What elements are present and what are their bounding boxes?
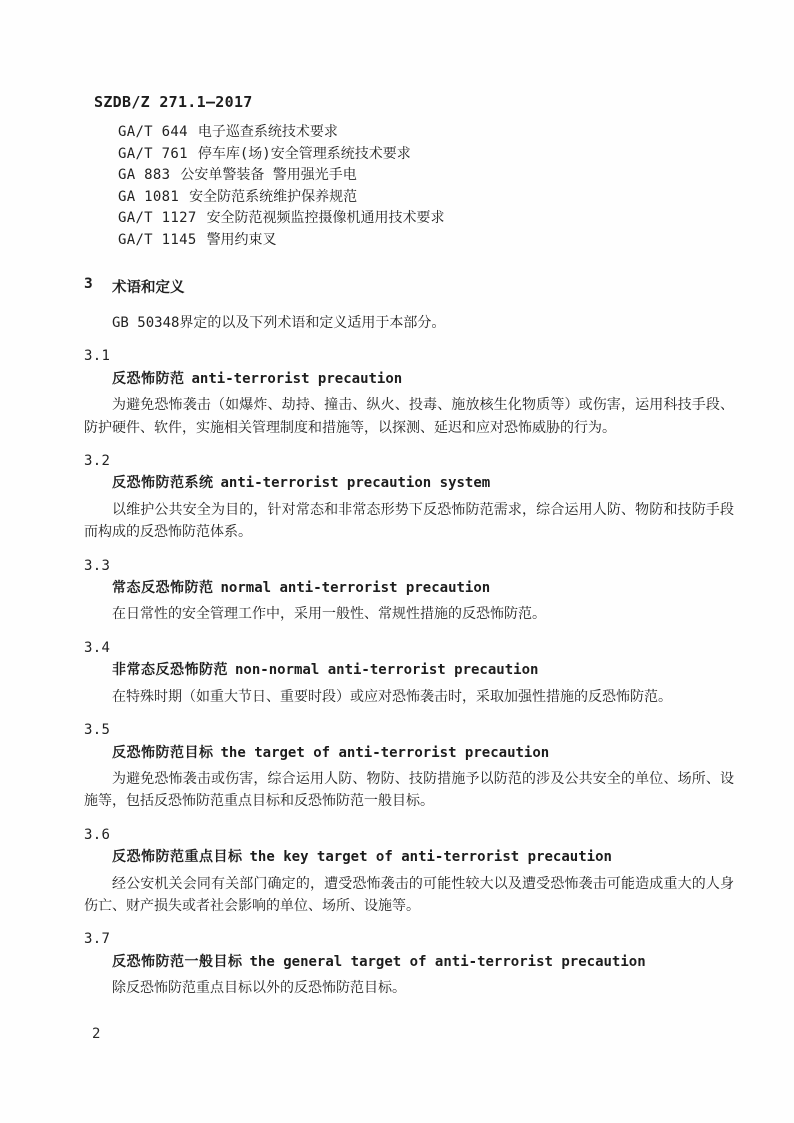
reference-code: GA/T 1145	[118, 232, 197, 248]
term-title: 反恐怖防范anti-terrorist precaution	[112, 368, 734, 390]
term-en: the key target of anti-terrorist precaut…	[250, 849, 612, 865]
term-entry: 3.3 常态反恐怖防范normal anti-terrorist precaut…	[84, 555, 734, 626]
section-intro: GB 50348界定的以及下列术语和定义适用于本部分。	[84, 312, 734, 334]
term-title: 反恐怖防范重点目标the key target of anti-terroris…	[112, 846, 734, 868]
reference-code: GA/T 644	[118, 124, 188, 140]
term-number: 3.4	[84, 637, 734, 659]
term-en: anti-terrorist precaution system	[221, 475, 491, 491]
term-number: 3.3	[84, 555, 734, 577]
term-en: anti-terrorist precaution	[192, 371, 403, 387]
section-number: 3	[84, 276, 112, 297]
term-zh: 反恐怖防范重点目标	[112, 849, 243, 865]
term-zh: 反恐怖防范一般目标	[112, 954, 243, 970]
term-zh: 常态反恐怖防范	[112, 580, 214, 596]
reference-item: GA 883公安单警装备 警用强光手电	[118, 165, 734, 187]
reference-item: GA/T 644电子巡查系统技术要求	[118, 122, 734, 144]
term-title: 反恐怖防范目标the target of anti-terrorist prec…	[112, 742, 734, 764]
term-definition: 为避免恐怖袭击（如爆炸、劫持、撞击、纵火、投毒、施放核生化物质等）或伤害，运用科…	[84, 394, 734, 439]
page-content: SZDB/Z 271.1—2017 GA/T 644电子巡查系统技术要求 GA/…	[84, 0, 734, 1000]
reference-title: 安全防范系统维护保养规范	[189, 189, 357, 205]
reference-item: GA/T 1145警用约束叉	[118, 230, 734, 252]
term-title: 非常态反恐怖防范non-normal anti-terrorist precau…	[112, 659, 734, 681]
document-page: SZDB/Z 271.1—2017 GA/T 644电子巡查系统技术要求 GA/…	[0, 0, 794, 1123]
term-zh: 反恐怖防范目标	[112, 745, 214, 761]
reference-title: 电子巡查系统技术要求	[198, 124, 338, 140]
reference-item: GA/T 1127安全防范视频监控摄像机通用技术要求	[118, 208, 734, 230]
term-entry: 3.6 反恐怖防范重点目标the key target of anti-terr…	[84, 824, 734, 918]
document-header: SZDB/Z 271.1—2017	[94, 93, 734, 111]
reference-code: GA 1081	[118, 189, 179, 205]
term-zh: 反恐怖防范系统	[112, 475, 214, 491]
reference-code: GA/T 761	[118, 146, 188, 162]
normative-references-list: GA/T 644电子巡查系统技术要求 GA/T 761停车库(场)安全管理系统技…	[118, 122, 734, 251]
term-title: 常态反恐怖防范normal anti-terrorist precaution	[112, 577, 734, 599]
term-definition: 在特殊时期（如重大节日、重要时段）或应对恐怖袭击时，采取加强性措施的反恐怖防范。	[84, 686, 734, 708]
term-number: 3.1	[84, 345, 734, 367]
term-en: the general target of anti-terrorist pre…	[250, 954, 646, 970]
reference-code: GA 883	[118, 167, 170, 183]
reference-title: 公安单警装备 警用强光手电	[180, 167, 356, 183]
reference-title: 安全防范视频监控摄像机通用技术要求	[207, 210, 445, 226]
reference-item: GA 1081安全防范系统维护保养规范	[118, 187, 734, 209]
term-definition: 除反恐怖防范重点目标以外的反恐怖防范目标。	[84, 977, 734, 999]
page-number: 2	[92, 1026, 100, 1042]
reference-item: GA/T 761停车库(场)安全管理系统技术要求	[118, 144, 734, 166]
term-number: 3.6	[84, 824, 734, 846]
term-definition: 为避免恐怖袭击或伤害，综合运用人防、物防、技防措施予以防范的涉及公共安全的单位、…	[84, 768, 734, 813]
term-entry: 3.1 反恐怖防范anti-terrorist precaution 为避免恐怖…	[84, 345, 734, 439]
reference-code: GA/T 1127	[118, 210, 197, 226]
term-number: 3.5	[84, 719, 734, 741]
term-entry: 3.5 反恐怖防范目标the target of anti-terrorist …	[84, 719, 734, 813]
term-definition: 经公安机关会同有关部门确定的，遭受恐怖袭击的可能性较大以及遭受恐怖袭击可能造成重…	[84, 873, 734, 918]
section-title: 术语和定义	[112, 276, 185, 297]
term-en: non-normal anti-terrorist precaution	[235, 662, 538, 678]
term-en: the target of anti-terrorist precaution	[221, 745, 550, 761]
term-entry: 3.2 反恐怖防范系统anti-terrorist precaution sys…	[84, 450, 734, 544]
term-zh: 反恐怖防范	[112, 371, 185, 387]
reference-title: 停车库(场)安全管理系统技术要求	[198, 146, 411, 162]
term-en: normal anti-terrorist precaution	[221, 580, 491, 596]
term-number: 3.7	[84, 928, 734, 950]
term-entry: 3.7 反恐怖防范一般目标the general target of anti-…	[84, 928, 734, 999]
term-entry: 3.4 非常态反恐怖防范non-normal anti-terrorist pr…	[84, 637, 734, 708]
section-heading: 3 术语和定义	[84, 276, 734, 297]
term-number: 3.2	[84, 450, 734, 472]
term-title: 反恐怖防范系统anti-terrorist precaution system	[112, 472, 734, 494]
reference-title: 警用约束叉	[207, 232, 277, 248]
term-title: 反恐怖防范一般目标the general target of anti-terr…	[112, 951, 734, 973]
term-zh: 非常态反恐怖防范	[112, 662, 228, 678]
term-definition: 以维护公共安全为目的，针对常态和非常态形势下反恐怖防范需求，综合运用人防、物防和…	[84, 499, 734, 544]
term-definition: 在日常性的安全管理工作中，采用一般性、常规性措施的反恐怖防范。	[84, 603, 734, 625]
